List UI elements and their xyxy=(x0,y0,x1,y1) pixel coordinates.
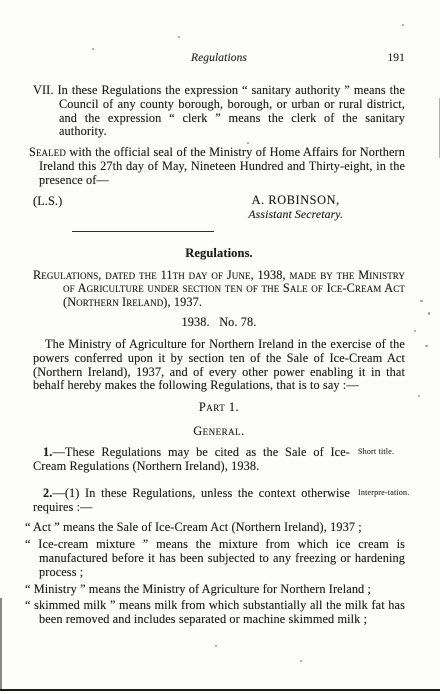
citation-paragraph: Regulations, dated the 11th day of June,… xyxy=(33,269,405,310)
scan-noise xyxy=(414,330,416,332)
definition-act: “ Act ” means the Sale of Ice-Cream Act … xyxy=(25,521,405,535)
page-number: 191 xyxy=(345,52,405,64)
scan-noise xyxy=(178,36,180,38)
scan-noise xyxy=(425,345,428,347)
paragraph-1: 1.—These Regulations may be cited as the… xyxy=(33,446,350,474)
running-header: Regulations 191 xyxy=(33,0,405,64)
definition-ice-cream-mixture: “ Ice-cream mixture ” means the mixture … xyxy=(25,538,405,579)
running-title: Regulations xyxy=(33,52,345,64)
clause-vii-paragraph: VII. In these Regulations the expression… xyxy=(33,84,405,139)
part-heading: Part 1. xyxy=(33,400,405,415)
paragraph-2-text: —(1) In these Regulations, unless the co… xyxy=(33,486,350,514)
regulations-heading: Regulations. xyxy=(33,246,405,261)
sealed-word: Sealed xyxy=(29,145,66,159)
scan-noise xyxy=(215,645,217,647)
definition-ministry: “ Ministry ” means the Ministry of Agric… xyxy=(25,583,405,597)
scan-noise xyxy=(420,300,423,302)
part-subheading: General. xyxy=(33,424,405,439)
scan-noise xyxy=(247,142,249,144)
scan-noise xyxy=(300,660,302,662)
seal-mark: (L.S.) xyxy=(33,193,62,221)
signature-block: A. ROBINSON, Assistant Secretary. xyxy=(248,193,343,221)
section-divider xyxy=(72,231,214,232)
definitions-list: “ Act ” means the Sale of Ice-Cream Act … xyxy=(25,521,405,627)
signatory-title: Assistant Secretary. xyxy=(248,207,343,221)
sealed-text: with the official seal of the Ministry o… xyxy=(39,145,405,187)
scan-noise xyxy=(418,395,420,397)
definition-skimmed-milk: “ skimmed milk ” means milk from which s… xyxy=(25,599,405,627)
paragraph-2: 2.—(1) In these Regulations, unless the … xyxy=(33,487,350,515)
document-page: Regulations 191 VII. In these Regulation… xyxy=(0,0,440,694)
scan-noise xyxy=(92,48,94,50)
margin-note-short-title: Short title. xyxy=(358,447,422,456)
scan-edge-left xyxy=(0,598,2,691)
paragraph-1-text: —These Regulations may be cited as the S… xyxy=(33,445,350,473)
sealed-paragraph: Sealed with the official seal of the Min… xyxy=(29,146,405,187)
scan-edge-bottom xyxy=(0,689,440,692)
enacting-paragraph: The Ministry of Agriculture for Northern… xyxy=(33,338,405,393)
scan-noise xyxy=(428,312,430,315)
signature-row: (L.S.) A. ROBINSON, Assistant Secretary. xyxy=(33,193,405,221)
clause-text: In these Regulations the expression “ sa… xyxy=(57,83,405,138)
margin-note-interpretation: Interpre-tation. xyxy=(358,488,422,497)
clause-number: VII. xyxy=(33,83,54,97)
scan-noise xyxy=(402,24,404,26)
reference-line: 1938. No. 78. xyxy=(33,315,405,330)
signatory-name: A. ROBINSON, xyxy=(252,193,340,207)
